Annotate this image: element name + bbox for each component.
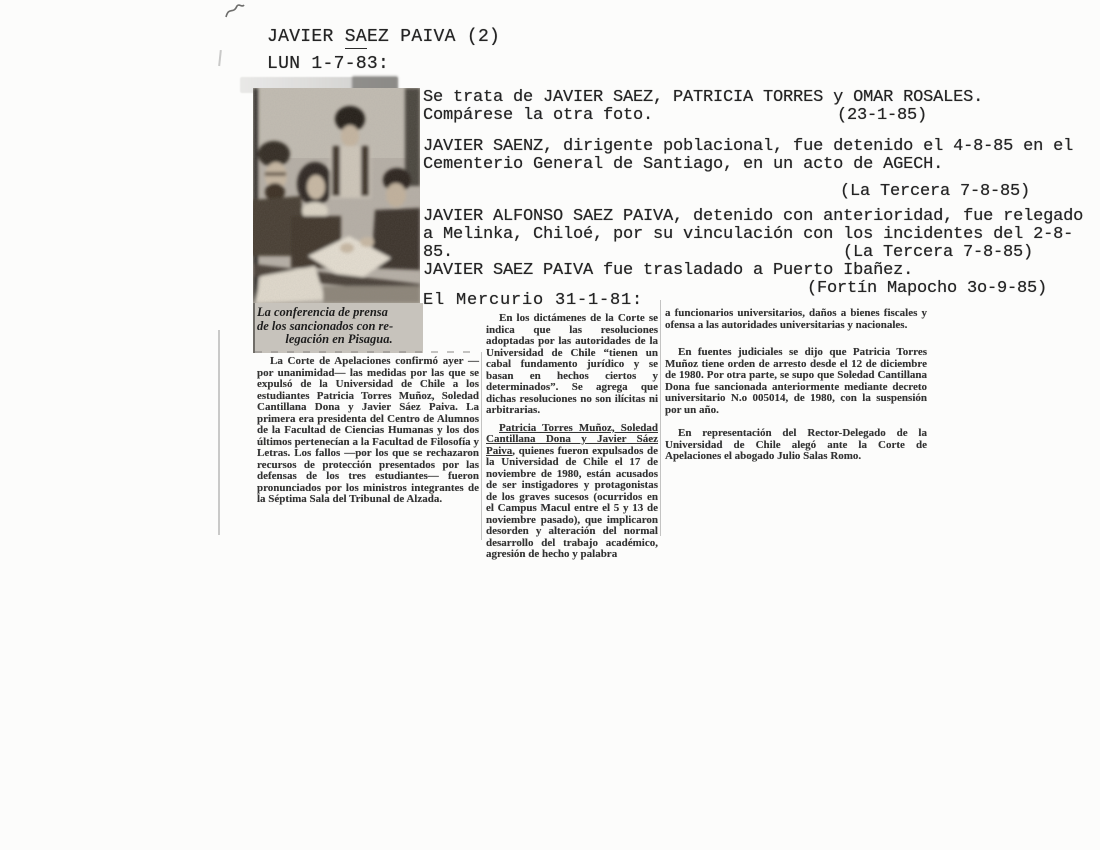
note-3-line-2: a Melinka, Chiloé, por su vinculación co… xyxy=(423,226,1073,244)
page-title-post: EZ PAIVA (2) xyxy=(367,27,500,47)
photo-caption: La conferencia de prensa de los sanciona… xyxy=(253,303,423,353)
note-1-date: (23-1-85) xyxy=(837,107,927,125)
article-paragraph: En representación del Rector-Delegado de… xyxy=(665,428,927,463)
article-paragraph: En los dictámenes de la Corte se indica … xyxy=(486,313,658,417)
column-rule-right xyxy=(660,300,661,536)
note-1-line-2: Compárese la otra foto. xyxy=(423,107,653,125)
article-column-right: a funcionarios universitarios, daños a b… xyxy=(665,308,927,463)
note-2-line-1: JAVIER SAENZ, dirigente poblacional, fue… xyxy=(423,138,1073,156)
caption-separator-smudge xyxy=(255,351,479,353)
press-conference-photo xyxy=(253,88,420,303)
note-3-source: (La Tercera 7-8-85) xyxy=(843,244,1033,262)
article-paragraph: Patricia Torres Muñoz, Soledad Cantillan… xyxy=(486,423,658,561)
note-1-line-1: Se trata de JAVIER SAEZ, PATRICIA TORRES… xyxy=(423,89,983,107)
scanned-archive-page: { "header": { "title_pre": "JAVIER ", "t… xyxy=(0,0,1100,850)
paragraph-continuation: , quienes fueron expulsados de la Univer… xyxy=(486,445,658,561)
note-4-source: (Fortín Mapocho 3o-9-85) xyxy=(807,280,1047,298)
article-column-left: La Corte de Apelaciones confirmó ayer —p… xyxy=(257,356,479,506)
date-line: LUN 1-7-83: xyxy=(267,55,389,73)
article-column-middle: En los dictámenes de la Corte se indica … xyxy=(486,313,658,561)
scan-scribble-mark xyxy=(224,2,246,22)
article-paragraph: La Corte de Apelaciones confirmó ayer —p… xyxy=(257,356,479,506)
photo-caption-line: La conferencia de prensa xyxy=(257,306,421,320)
column-rule-left xyxy=(481,352,482,540)
note-2-line-2: Cementerio General de Santiago, en un ac… xyxy=(423,156,943,174)
note-4-line-1: JAVIER SAEZ PAIVA fue trasladado a Puert… xyxy=(423,262,913,280)
note-3-line-1: JAVIER ALFONSO SAEZ PAIVA, detenido con … xyxy=(423,208,1083,226)
article-paragraph: En fuentes judiciales se dijo que Patric… xyxy=(665,347,927,416)
note-2-source: (La Tercera 7-8-85) xyxy=(840,183,1030,201)
photo-caption-line: de los sancionados con re- xyxy=(257,320,421,334)
film-edge-line xyxy=(218,330,220,535)
page-title: JAVIER SAEZ PAIVA (2) xyxy=(267,28,500,46)
note-3-line-3: 85. xyxy=(423,244,453,262)
article-source-heading: El Mercurio 31-1-81: xyxy=(423,292,643,310)
page-title-pre: JAVIER xyxy=(267,27,345,47)
article-paragraph: a funcionarios universitarios, daños a b… xyxy=(665,308,927,331)
photo-caption-line: legación en Pisagua. xyxy=(257,333,421,347)
page-title-underlined: SA xyxy=(345,27,367,49)
scan-edge-mark xyxy=(218,50,221,66)
